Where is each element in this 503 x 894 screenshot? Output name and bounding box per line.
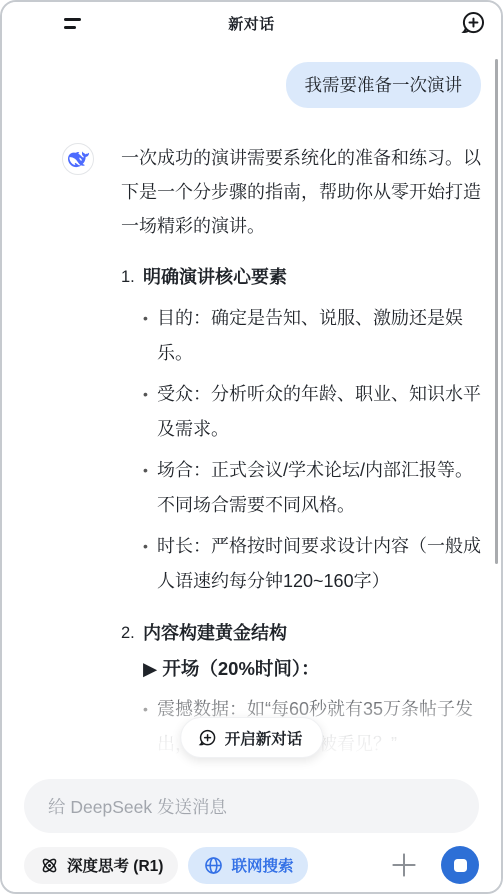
section-heading: 明确演讲核心要素	[143, 260, 287, 295]
menu-icon[interactable]	[64, 13, 86, 31]
user-message-bubble: 我需要准备一次演讲	[286, 62, 482, 108]
stop-generating-button[interactable]	[441, 846, 479, 884]
bullet-item: • 时长：严格按时间要求设计内容（一般成人语速约每分钟120~160字）	[143, 529, 486, 599]
bullet-item: • 目的：确定是告知、说服、激励还是娱乐。	[143, 301, 486, 371]
top-bar: 新对话	[2, 2, 501, 44]
section-number: 1.	[121, 260, 143, 295]
start-new-chat-label: 开启新对话	[225, 727, 303, 749]
bullet-dot: •	[143, 529, 157, 599]
section-number: 2.	[121, 616, 143, 651]
web-search-label: 联网搜索	[231, 854, 293, 876]
section-subheading: ▶ 开场（20%时间）：	[121, 651, 486, 686]
stop-icon	[454, 859, 467, 872]
deep-think-toggle[interactable]: 深度思考 (R1)	[24, 847, 178, 884]
bullet-dot: •	[143, 377, 157, 447]
start-new-chat-button[interactable]: 开启新对话	[180, 717, 324, 758]
chat-scroll-area[interactable]: 我需要准备一次演讲 一次成功的演讲需要系统化的准备和练习。以下是一个分步骤的指南…	[2, 44, 501, 770]
new-chat-bubble-plus-icon	[197, 728, 217, 748]
bullet-item: • 受众：分析听众的年龄、职业、知识水平及需求。	[143, 377, 486, 447]
deepseek-whale-icon	[62, 143, 94, 175]
composer: 给 DeepSeek 发送消息 深度思考 (R1)	[2, 770, 501, 892]
user-message-row: 我需要准备一次演讲	[2, 44, 501, 108]
bullet-dot: •	[143, 301, 157, 371]
bullet-text: 受众：分析听众的年龄、职业、知识水平及需求。	[157, 377, 484, 447]
globe-icon	[203, 855, 224, 876]
section-heading: 内容构建黄金结构	[143, 616, 287, 651]
web-search-toggle[interactable]: 联网搜索	[188, 847, 308, 884]
input-placeholder: 给 DeepSeek 发送消息	[48, 794, 227, 819]
assistant-message-row: 一次成功的演讲需要系统化的准备和练习。以下是一个分步骤的指南，帮助你从零开始打造…	[2, 108, 501, 770]
app-window: 新对话 我需要准备一次演讲 一次成功的演讲需要系统化的准备和练习。以下是一个分步…	[0, 0, 503, 894]
atom-icon	[39, 855, 60, 876]
bullet-text: 目的：确定是告知、说服、激励还是娱乐。	[157, 301, 484, 371]
bullet-dot: •	[143, 453, 157, 523]
assistant-sections: 1. 明确演讲核心要素 • 目的：确定是告知、说服、激励还是娱乐。 • 受众：分…	[121, 260, 486, 770]
attach-plus-icon[interactable]	[389, 850, 419, 880]
bullet-text: 时长：严格按时间要求设计内容（一般成人语速约每分钟120~160字）	[157, 529, 484, 599]
bullet-dot: •	[143, 692, 157, 762]
bullet-item: • 场合：正式会议/学术论坛/内部汇报等。不同场合需要不同风格。	[143, 453, 486, 523]
bullet-text: 场合：正式会议/学术论坛/内部汇报等。不同场合需要不同风格。	[157, 453, 484, 523]
bullet-list: • 目的：确定是告知、说服、激励还是娱乐。 • 受众：分析听众的年龄、职业、知识…	[121, 301, 486, 599]
page-title: 新对话	[228, 13, 275, 34]
scrollbar-thumb[interactable]	[495, 59, 498, 564]
message-input[interactable]: 给 DeepSeek 发送消息	[24, 779, 479, 833]
new-chat-icon[interactable]	[459, 9, 487, 37]
deep-think-label: 深度思考 (R1)	[67, 854, 163, 876]
assistant-section: 1. 明确演讲核心要素 • 目的：确定是告知、说服、激励还是娱乐。 • 受众：分…	[121, 260, 486, 599]
assistant-intro: 一次成功的演讲需要系统化的准备和练习。以下是一个分步骤的指南，帮助你从零开始打造…	[121, 141, 486, 243]
composer-toolbar: 深度思考 (R1) 联网搜索	[24, 846, 479, 884]
assistant-message: 一次成功的演讲需要系统化的准备和练习。以下是一个分步骤的指南，帮助你从零开始打造…	[121, 141, 486, 770]
